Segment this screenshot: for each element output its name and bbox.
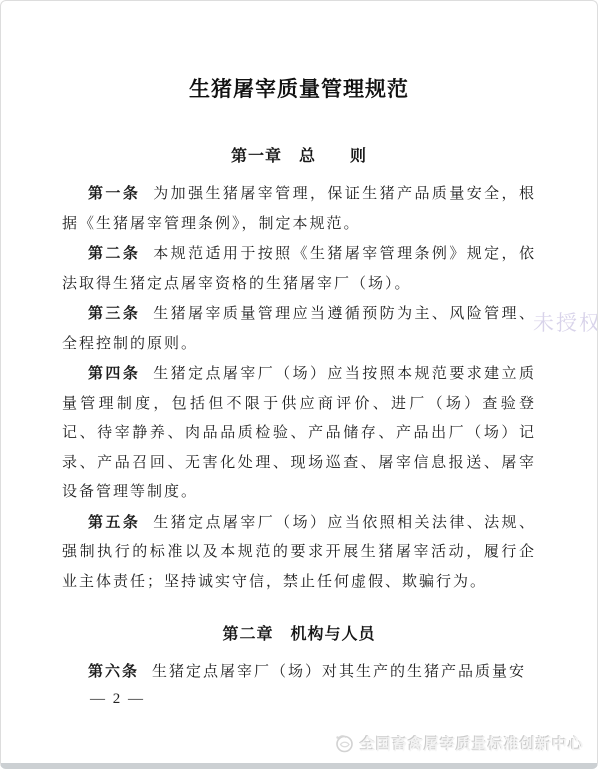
article-paragraph: 第一条为加强生猪屠宰管理，保证生猪产品质量安全，根据《生猪屠宰管理条例》，制定本… [62,179,536,239]
document-body: 第一章 总 则 第一条为加强生猪屠宰管理，保证生猪产品质量安全，根据《生猪屠宰管… [62,145,536,688]
article-text: 生猪定点屠宰厂（场）对其生产的生猪产品质量安 [152,664,526,680]
chapter-heading: 第二章 机构与人员 [62,623,536,647]
page-title: 生猪屠宰质量管理规范 [62,73,536,103]
article-paragraph: 第三条生猪屠宰质量管理应当遵循预防为主、风险管理、全程控制的原则。 [62,299,536,359]
unauthorized-watermark: 未授权 [533,307,598,337]
article-text: 生猪定点屠宰厂（场）应当按照本规范要求建立质量管理制度，包括但不限于供应商评价、… [62,366,536,500]
article-paragraph: 第四条生猪定点屠宰厂（场）应当按照本规范要求建立质量管理制度，包括但不限于供应商… [62,359,536,508]
article-label: 第二条 [88,245,140,262]
footer-brand-watermark: 全国畜禽屠宰质量标准创新中心 [333,732,584,754]
article-label: 第六条 [88,663,139,680]
article-paragraph: 第二条本规范适用于按照《生猪屠宰管理条例》规定，依法取得生猪定点屠宰资格的生猪屠… [62,239,536,299]
article-label: 第四条 [88,365,140,382]
article-label: 第五条 [88,514,140,531]
article-label: 第三条 [88,305,140,322]
innovation-center-logo-icon [333,732,355,754]
chapter-heading: 第一章 总 则 [62,145,536,169]
article-paragraph: 第五条生猪定点屠宰厂（场）应当依照相关法律、法规、强制执行的标准以及本规范的要求… [62,508,536,598]
footer-brand-text: 全国畜禽屠宰质量标准创新中心 [360,733,584,754]
article-paragraph: 第六条生猪定点屠宰厂（场）对其生产的生猪产品质量安 [62,657,536,688]
document-page: 生猪屠宰质量管理规范 第一章 总 则 第一条为加强生猪屠宰管理，保证生猪产品质量… [0,0,598,769]
article-label: 第一条 [88,185,140,202]
page-number: — 2 — [90,691,536,708]
